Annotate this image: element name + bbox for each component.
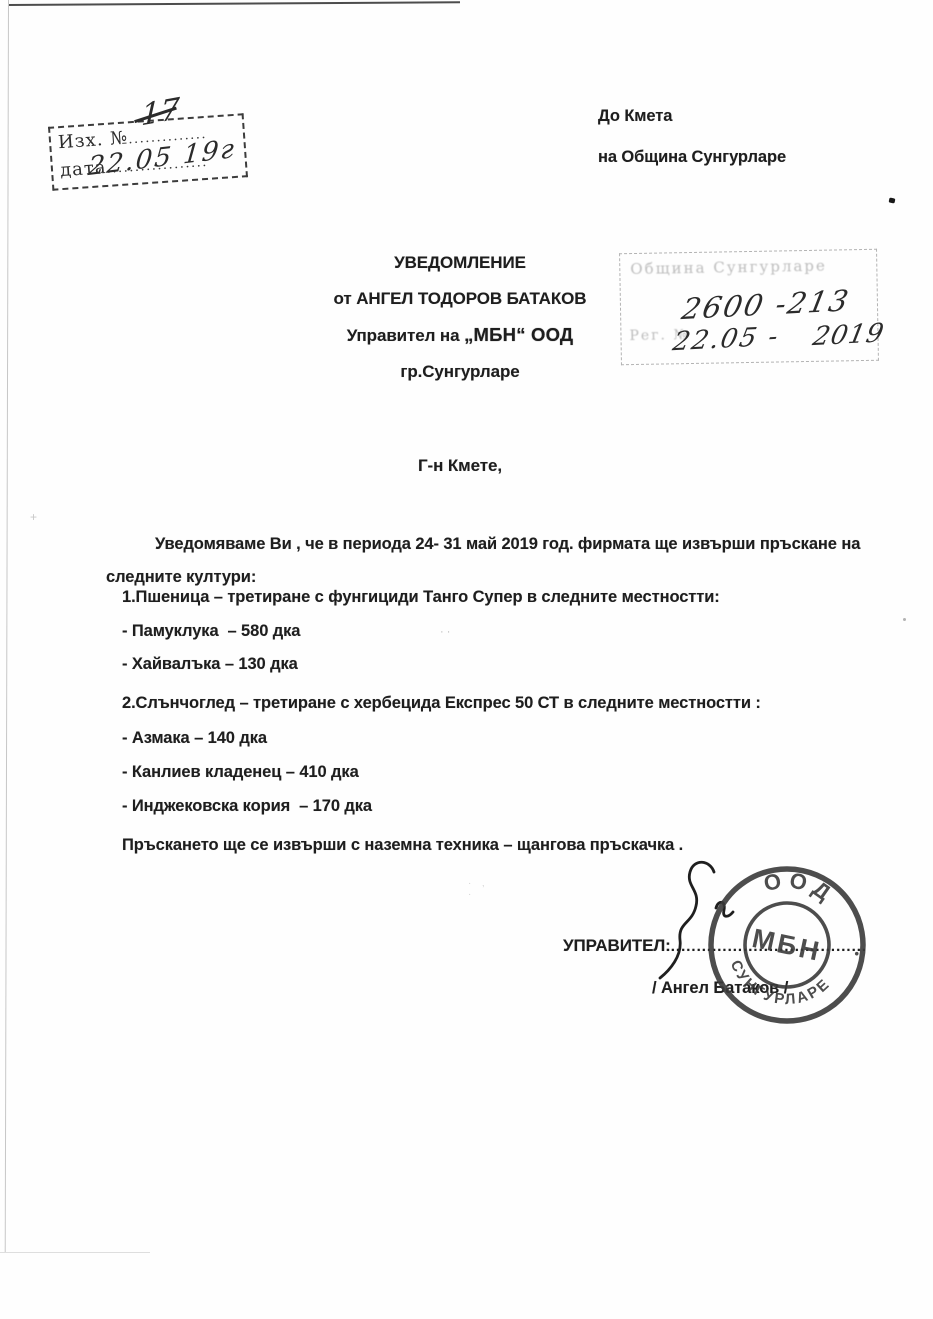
intro-paragraph: Уведомяваме Ви , че в периода 24- 31 май… (106, 528, 832, 594)
list-item-area: - Канлиев кладенец – 410 дка (122, 763, 359, 782)
sender-role-line: Управител на „МБН“ ООД (300, 317, 620, 354)
list-item-area: - Азмака – 140 дка (122, 729, 267, 748)
salutation: Г-н Кмете, (418, 456, 502, 476)
list-item-crop-1: 1.Пшеница – третиране с фунгициди Танго … (122, 588, 720, 607)
round-company-seal: ООД СУНГУРЛАРЕ МБН (703, 861, 871, 1029)
seal-side-dot (855, 952, 859, 956)
pencil-mark: · · (440, 626, 450, 638)
sender-city-line: гр.Сунгурларе (300, 354, 620, 390)
company-name: „МБН“ ООД (464, 324, 573, 345)
list-item-crop-2: 2.Слънчоглед – третиране с хербецида Екс… (122, 694, 761, 713)
scan-edge-line-bottom (0, 1252, 150, 1253)
handwritten-registration-date: 22.05 - (670, 322, 782, 358)
recipient-line-2: на Община Сунгурларе (598, 137, 786, 178)
scan-smudge: · ‚ · (468, 878, 502, 884)
closing-statement: Пръскането ще се извърши с наземна техни… (122, 836, 683, 855)
intro-line-1: Уведомяваме Ви , че в периода 24- 31 май… (106, 528, 832, 561)
list-item-area: - Инджековска кория – 170 дка (122, 797, 372, 816)
list-item-area: - Хайвалъка – 130 дка (122, 655, 298, 674)
scan-edge-line-left (5, 0, 10, 1252)
handwritten-registration-number: 2600 -213 (679, 283, 853, 326)
handwritten-registration-year: 2019 (810, 318, 887, 352)
registration-stamp: Община Сунгурларе Рег. № 2600 -213 22.05… (619, 249, 879, 365)
pencil-mark: + (30, 510, 37, 524)
letter-heading: УВЕДОМЛЕНИЕ от АНГЕЛ ТОДОРОВ БАТАКОВ Упр… (300, 245, 620, 390)
recipient-line-1: До Кмета (598, 96, 786, 137)
outgoing-number-stamp: Изх. №.............. дата...............… (48, 113, 248, 191)
sender-name-line: от АНГЕЛ ТОДОРОВ БАТАКОВ (300, 281, 620, 317)
recipient-block: До Кмета на Община Сунгурларе (598, 96, 786, 178)
ink-speck (903, 618, 906, 621)
seal-center-text: МБН (749, 923, 824, 967)
registration-stamp-header: Община Сунгурларе (630, 257, 827, 278)
scanned-letter-page: · · + · ‚ · Изх. №.............. дата...… (0, 0, 933, 1319)
scan-edge-line-top (8, 1, 460, 6)
document-title: УВЕДОМЛЕНИЕ (300, 245, 620, 281)
list-item-area: - Памуклука – 580 дка (122, 622, 300, 641)
ink-speck (889, 197, 896, 203)
